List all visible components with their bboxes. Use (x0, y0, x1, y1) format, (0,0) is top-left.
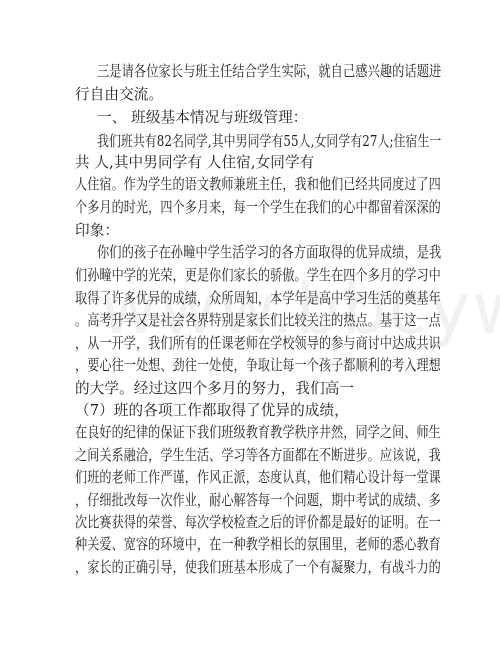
text-line: 三是请各位家长与班主任结合学生实际，就自己感兴趣的话题进 (97, 63, 441, 81)
text-line: 们孙疃中学的光荣，更是你们家长的骄傲。学生在四个多月的学习中 (75, 267, 441, 285)
text-line: ，家长的正确引导，使我们班基本形成了一个有凝聚力，有战斗力的 (75, 559, 441, 577)
text-line: 行自由交流。 (75, 86, 163, 104)
text-line: ，仔细批改每一次作业，耐心解答每一个问题，期中考试的成绩、多 (75, 492, 441, 510)
text-line: 种关爱、宽容的环境中，在一种教学相长的氛围里，老师的悉心教育 (75, 536, 441, 554)
text-line: 共 人,其中男同学有 人住宿,女同学有 (75, 154, 314, 172)
text-line: ，要心往一处想、劲往一处使，争取让每一个孩子都顺利的考入理想 (75, 357, 441, 375)
text-line: 次比赛获得的荣誉、每次学校检查之后的评价都是最好的证明。在一 (75, 514, 441, 532)
text-line: ，从一开学，我们所有的任课老师在学校领导的参与商讨中达成共识 (75, 335, 441, 353)
text-line: 们班的老师工作严谨，作风正派，态度认真，他们精心设计每一堂课 (75, 469, 441, 487)
text-line: 。高考升学又是社会各界特别是家长们比较关注的热点。基于这一点 (75, 312, 441, 330)
text-line: 我们班共有82名同学,其中男同学有55人,女同学有27人;住宿生一 (97, 133, 441, 151)
text-line: 在良好的纪律的保证下我们班级教育教学秩序井然，同学之间、师生 (75, 424, 441, 442)
text-line: 一、 班级基本情况与班级管理： (97, 109, 307, 127)
text-line: 之间关系融洽，学生生活、学习等各方面都在不断进步。应该说，我 (75, 447, 441, 465)
text-line: （7）班的各项工作都取得了优异的成绩， (75, 402, 349, 420)
document-page: www.bbcyw.com 三是请各位家长与班主任结合学生实际，就自己感兴趣的话… (0, 0, 500, 648)
text-line: 取得了许多优异的成绩，众所周知，本学年是高中学习生活的奠基年 (75, 290, 441, 308)
text-line: 个多月的时光，四个多月来，每一个学生在我们的心中都留着深深的 (75, 199, 441, 217)
text-line: 印象： (75, 222, 119, 240)
text-line: 的大学。经过这四个多月的努力，我们高一 (75, 380, 354, 398)
text-line: 你们的孩子在孙疃中学生活学习的各方面取得的优异成绩，是我 (97, 244, 441, 262)
text-line: 人住宿。作为学生的语文教师兼班主任，我和他们已经共同度过了四 (75, 176, 441, 194)
